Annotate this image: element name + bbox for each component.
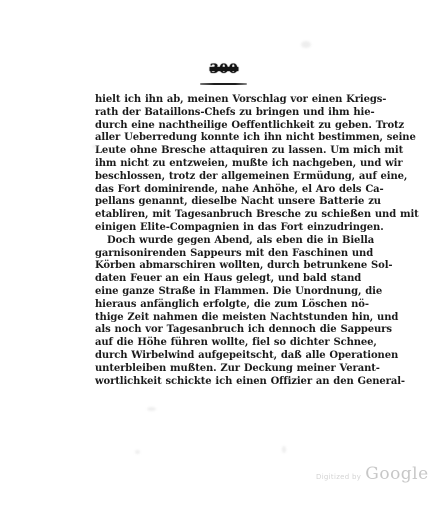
text-line: einigen Elite-Compagnien in das Fort ein… — [95, 222, 358, 235]
text-line: rath der Bataillons-Chefs zu bringen und… — [95, 107, 358, 120]
watermark: Digitized by Google — [316, 464, 429, 484]
text-line: wortlichkeit schickte ich einen Offizier… — [95, 376, 358, 389]
text-line: Leute ohne Bresche attaquiren zu lassen.… — [95, 145, 358, 158]
text-line: durch Wirbelwind aufgepeitscht, daß alle… — [95, 350, 358, 363]
header-rule — [200, 83, 247, 85]
scanned-book-page: 300 hielt ich ihn ab, meinen Vorschlag v… — [0, 0, 448, 512]
scan-smudge — [282, 446, 286, 453]
scan-smudge — [301, 41, 311, 48]
text-line: hieraus anfänglich erfolgte, die zum Lös… — [95, 299, 358, 312]
digitized-by-label: Digitized by — [316, 473, 361, 481]
text-line: eine ganze Straße in Flammen. Die Unordn… — [95, 286, 358, 299]
text-line: als noch vor Tagesanbruch ich dennoch di… — [95, 324, 358, 337]
google-logo: Google — [365, 464, 428, 484]
text-line: auf die Höhe führen wollte, fiel so dich… — [95, 337, 358, 350]
scan-smudge — [135, 450, 140, 454]
text-line: das Fort dominirende, nahe Anhöhe, el Ar… — [95, 184, 358, 197]
text-line: aller Ueberredung konnte ich ihn nicht b… — [95, 132, 358, 145]
text-line: ihm nicht zu entzweien, mußte ich nachge… — [95, 158, 358, 171]
scan-smudge — [147, 407, 156, 411]
text-line: Körben abmarschiren wollten, durch betru… — [95, 260, 358, 273]
text-line: hielt ich ihn ab, meinen Vorschlag vor e… — [95, 94, 358, 107]
page-number: 300 — [0, 62, 448, 77]
text-line: Doch wurde gegen Abend, als eben die in … — [95, 235, 358, 248]
body-text: hielt ich ihn ab, meinen Vorschlag vor e… — [95, 94, 358, 388]
text-line: unterbleiben mußten. Zur Deckung meiner … — [95, 363, 358, 376]
text-line: beschlossen, trotz der allgemeinen Ermüd… — [95, 171, 358, 184]
text-line: daten Feuer an ein Haus gelegt, und bald… — [95, 273, 358, 286]
text-line: etabliren, mit Tagesanbruch Bresche zu s… — [95, 209, 358, 222]
text-line: thige Zeit nahmen die meisten Nachtstund… — [95, 312, 358, 325]
scan-smudge — [92, 145, 97, 148]
text-line: garnisonirenden Sappeurs mit den Faschin… — [95, 248, 358, 261]
text-line: durch eine nachtheilige Oeffentlichkeit … — [95, 120, 358, 133]
text-line: pellans genannt, dieselbe Nacht unsere B… — [95, 196, 358, 209]
